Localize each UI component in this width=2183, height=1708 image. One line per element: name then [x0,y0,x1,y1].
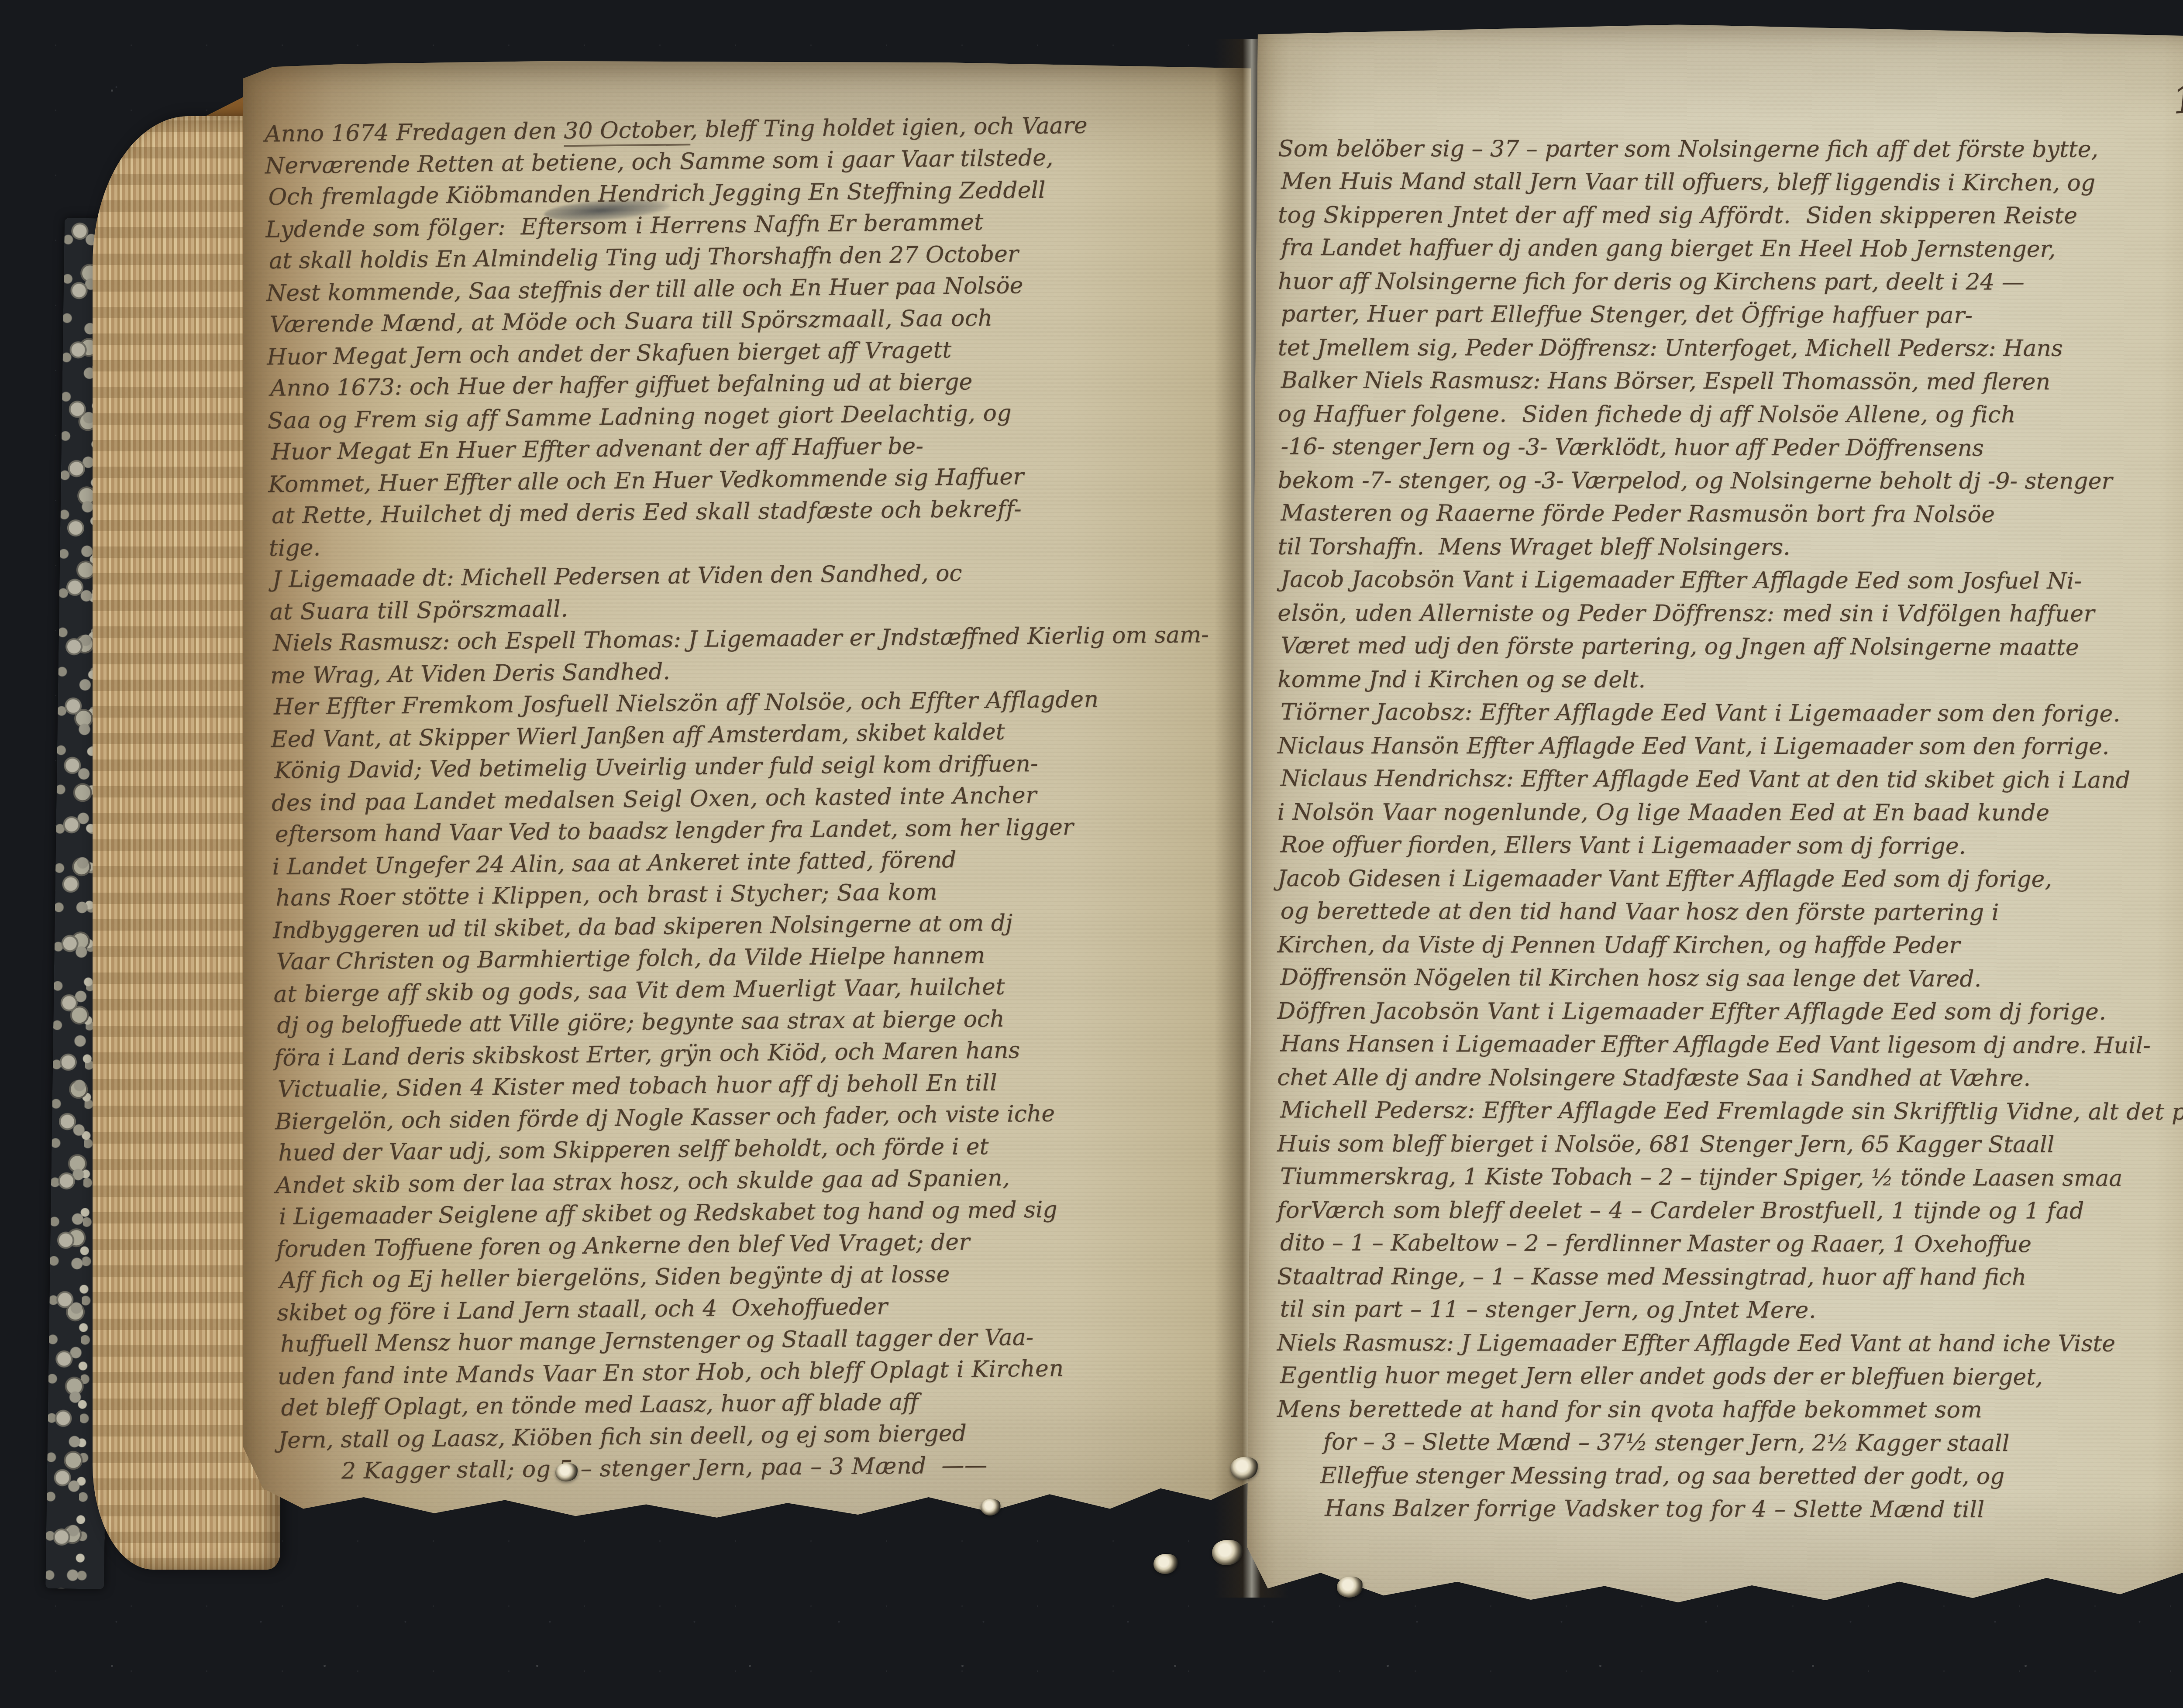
manuscript-line: Niels Rasmusz: J Ligemaader Effter Affla… [1277,1327,2183,1361]
manuscript-line: og Haffuer folgene. Siden fichede dj aff… [1278,398,2183,432]
manuscript-line: Niclaus Hendrichsz: Effter Afflagde Eed … [1281,762,2183,797]
manuscript-line: Været med udj den förste partering, og J… [1281,629,2183,664]
manuscript-line: Döffrensön Nögelen til Kirchen hosz sig … [1280,961,2183,996]
manuscript-line: tog Skipperen Jntet der aff med sig Affö… [1278,199,2183,233]
page-number: 144 [2171,73,2183,123]
manuscript-line: Döffren Jacobsön Vant i Ligemaader Effte… [1277,995,2183,1029]
manuscript-line: til sin part – 11 – stenger Jern, og Jnt… [1280,1292,2183,1328]
right-page-lines: Som belöber sig – 37 – parter som Nolsin… [1277,132,2183,1526]
right-page-text: Som belöber sig – 37 – parter som Nolsin… [1277,132,2183,1526]
manuscript-line: tet Jmellem sig, Peder Döffrensz: Unterf… [1278,331,2183,365]
manuscript-line: fra Landet haffuer dj anden gang bierget… [1281,231,2183,266]
manuscript-line: forVærch som bleff deelet – 4 – Cardeler… [1277,1194,2183,1228]
manuscript-line: Hans Hansen i Ligemaader Effter Afflagde… [1280,1027,2183,1062]
left-page-lines: Nerværende Retten at betiene, och Samme … [265,141,1230,1489]
heading-underlined-date: 30 October [564,117,691,147]
manuscript-line: dito – 1 – Kabeltow – 2 – ferdlinner Mas… [1280,1226,2183,1261]
left-page: Anno 1674 Fredagen den 30 October, bleff… [243,61,1251,1519]
manuscript-line: komme Jnd i Kirchen og se delt. [1277,663,2183,697]
manuscript-line: Huis som bleff bierget i Nolsöe, 681 Ste… [1277,1127,2183,1162]
manuscript-line: Kirchen, da Viste dj Pennen Udaff Kirche… [1277,928,2183,962]
manuscript-line: huor aff Nolsingerne fich for deris og K… [1278,265,2183,299]
manuscript-line: Som belöber sig – 37 – parter som Nolsin… [1278,132,2183,166]
manuscript-line: Jacob Jacobsön Vant i Ligemaader Effter … [1281,563,2183,598]
manuscript-line: chet Alle dj andre Nolsingere Stadfæste … [1277,1061,2183,1095]
manuscript-line: elsön, uden Allerniste og Peder Döffrens… [1277,597,2183,631]
manuscript-line: Tiummerskrag, 1 Kiste Tobach – 2 – tijnd… [1280,1160,2183,1195]
left-page-text: Anno 1674 Fredagen den 30 October, bleff… [265,109,1231,1489]
manuscript-line: Men Huis Mand stall Jern Vaar till offue… [1281,165,2183,200]
manuscript-line: Jacob Gidesen i Ligemaader Vant Effter A… [1277,862,2183,896]
manuscript-line: parter, Huer part Elleffue Stenger, det … [1281,297,2183,333]
manuscript-line: Egentlig huor meget Jern eller andet god… [1280,1359,2183,1394]
manuscript-line: Tiörner Jacobsz: Effter Afflagde Eed Van… [1281,695,2183,731]
manuscript-line: -16- stenger Jern og -3- Værklödt, huor … [1281,430,2183,465]
archive-scan: Anno 1674 Fredagen den 30 October, bleff… [0,0,2183,1708]
right-page: 144 Som belöber sig – 37 – parter som No… [1246,22,2183,1618]
manuscript-line: Michell Pedersz: Effter Afflagde Eed Fre… [1280,1093,2183,1129]
manuscript-line: Roe offuer fiorden, Ellers Vant i Ligema… [1281,828,2183,863]
manuscript-line: for – 3 – Slette Mænd – 37½ stenger Jern… [1280,1425,2183,1461]
manuscript-line: Niclaus Hansön Effter Afflagde Eed Vant,… [1277,729,2183,763]
manuscript-line: til Torshaffn. Mens Wraget bleff Nolsing… [1277,530,2183,564]
heading-suffix: , bleff Ting holdet igien, och Vaare [690,113,1088,143]
manuscript-line: Hans Balzer forrige Vadsker tog for 4 – … [1280,1491,2183,1527]
manuscript-line: og berettede at den tid hand Vaar hosz d… [1281,894,2183,930]
manuscript-line: Elleffue stenger Messing trad, og saa be… [1277,1459,2183,1493]
manuscript-line: Mens berettede at hand for sin qvota haf… [1277,1393,2183,1427]
manuscript-line: bekom -7- stenger, og -3- Værpelod, og N… [1278,464,2183,498]
manuscript-line: Masteren og Raaerne förde Peder Rasmusön… [1281,496,2183,532]
manuscript-line: i Nolsön Vaar nogenlunde, Og lige Maaden… [1277,796,2183,830]
manuscript-line: Staaltrad Ringe, – 1 – Kasse med Messing… [1277,1260,2183,1294]
manuscript-line: Balker Niels Rasmusz: Hans Börser, Espel… [1281,364,2183,399]
heading-prefix: Anno 1674 Fredagen den [265,118,564,147]
